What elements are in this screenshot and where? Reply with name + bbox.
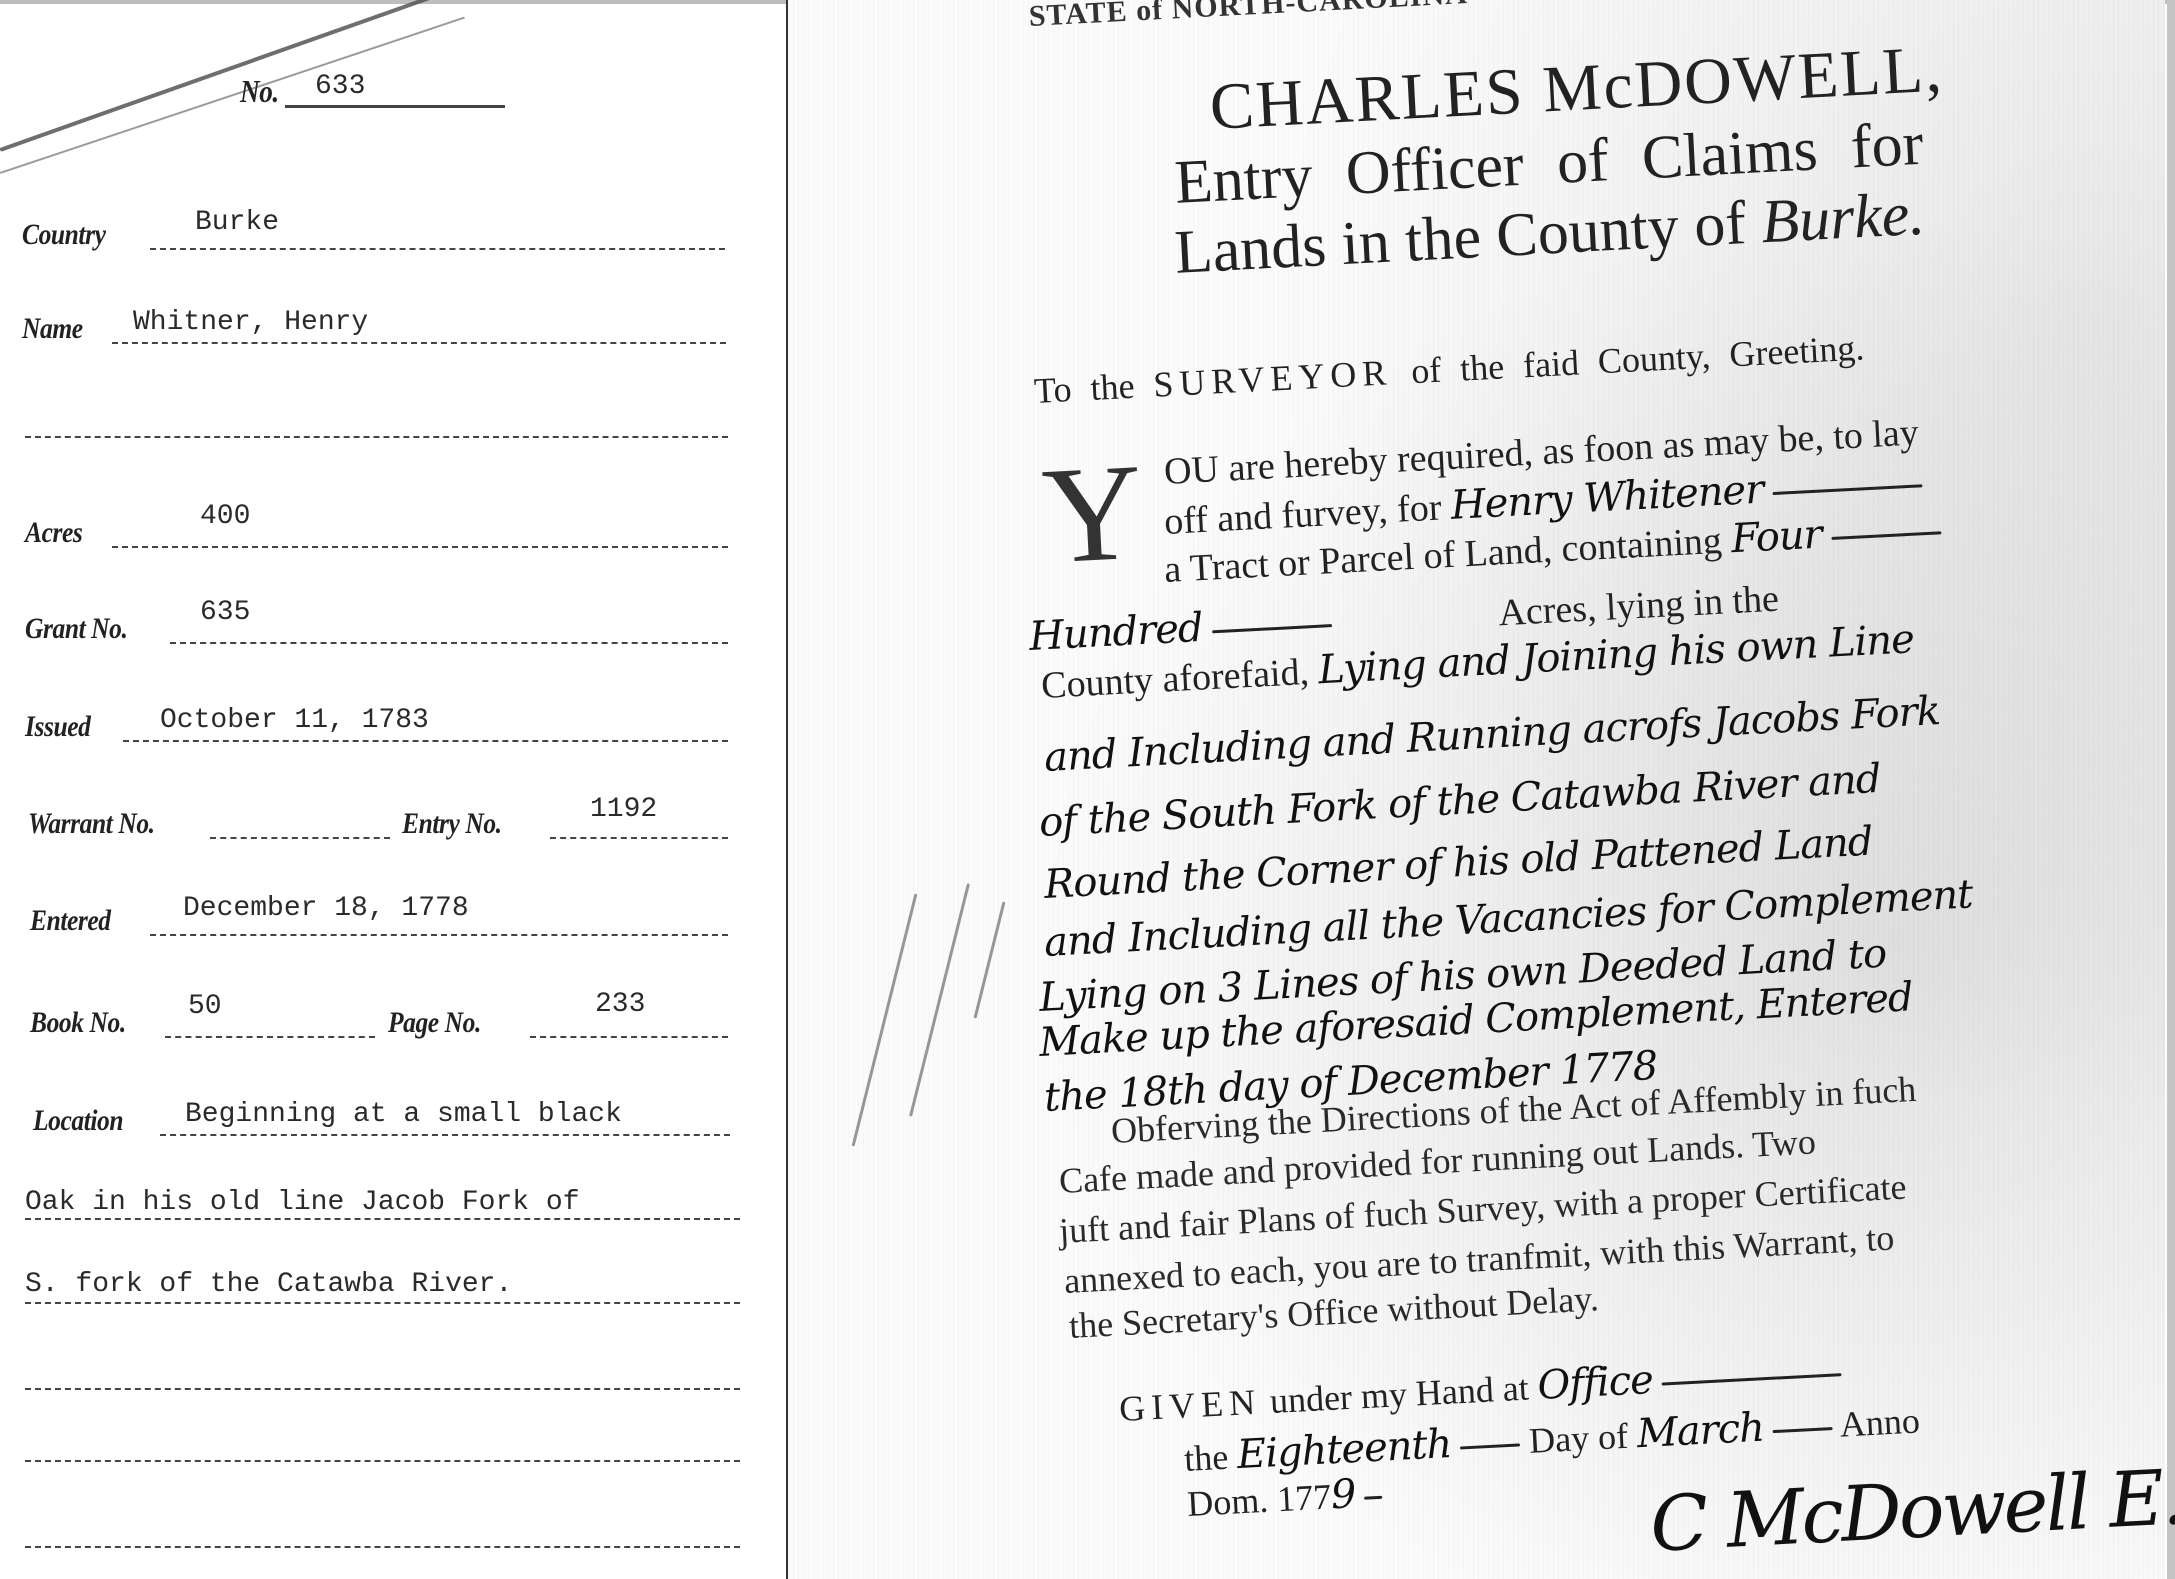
location-continuation: Oak in his old line Jacob Fork of	[25, 1187, 580, 1218]
field-line	[25, 1218, 740, 1220]
field-line	[112, 546, 728, 548]
hand-rule	[1460, 1444, 1520, 1450]
greeting-suffix: of the faid County, Greeting.	[1410, 327, 1865, 391]
field-label: Warrant No.	[28, 807, 155, 841]
location-line	[0, 1494, 760, 1554]
scan-right-edge	[2167, 0, 2175, 1579]
field-grant: Grant No. 635	[0, 590, 760, 650]
given-line-3: Dom. 1779	[1186, 1470, 1384, 1526]
greeting-line: To the SURVEYOR of the faid County, Gree…	[1033, 326, 1865, 411]
field-label: Page No.	[388, 1006, 481, 1040]
printed-text: Day of	[1528, 1416, 1629, 1461]
country-value: Burke	[195, 207, 279, 238]
hand-rule	[1773, 484, 1923, 495]
field-warrant-entry: Warrant No. Entry No. 1192	[0, 785, 760, 845]
field-line	[150, 934, 728, 936]
location-continuation: S. fork of the Catawba River.	[25, 1269, 512, 1300]
issued-value: October 11, 1783	[160, 705, 429, 736]
handwritten-day: Eighteenth	[1236, 1421, 1452, 1478]
field-line	[25, 436, 728, 438]
card-number-row: No. 633	[0, 54, 760, 114]
field-line	[150, 248, 725, 250]
field-line	[165, 1036, 375, 1038]
location-value: Beginning at a small black	[185, 1099, 622, 1130]
field-line	[550, 837, 728, 839]
field-line	[530, 1036, 728, 1038]
margin-annotation	[909, 883, 970, 1117]
greeting-surveyor: SURVEYOR	[1152, 352, 1393, 404]
field-line	[170, 642, 728, 644]
hand-rule	[1662, 1373, 1842, 1385]
location-line: S. fork of the Catawba River.	[0, 1250, 760, 1310]
state-header: STATE of NORTH-CAROLINA	[1028, 0, 1468, 34]
grant-value: 635	[200, 597, 250, 628]
field-label: Grant No.	[25, 612, 127, 646]
location-line: Oak in his old line Jacob Fork of	[0, 1166, 760, 1226]
page-value: 233	[595, 989, 645, 1020]
field-country: Country Burke	[0, 196, 760, 256]
handwritten-acres-cont: Hundred	[1028, 605, 1204, 660]
handwritten-month: March	[1636, 1405, 1765, 1458]
county-name: Burke.	[1759, 180, 1926, 256]
field-line	[160, 1134, 730, 1136]
index-card: No. 633 Country Burke Name Whitner, Henr…	[0, 0, 787, 1579]
field-label: Acres	[25, 516, 82, 550]
entered-value: December 18, 1778	[183, 893, 469, 924]
field-line	[25, 1460, 740, 1462]
location-line	[0, 1408, 760, 1468]
field-line	[25, 1546, 740, 1548]
entry-value: 1192	[590, 794, 657, 825]
acres-value: 400	[200, 501, 250, 532]
name-value: Whitner, Henry	[133, 307, 368, 338]
field-line	[123, 740, 728, 742]
field-acres: Acres 400	[0, 494, 760, 554]
given-caps: GIVEN	[1118, 1382, 1262, 1429]
hand-rule	[1773, 1427, 1833, 1433]
drop-cap: Y	[1039, 442, 1146, 585]
field-label: Book No.	[30, 1006, 126, 1040]
printed-text: County aforefaid,	[1040, 651, 1310, 707]
field-label: Country	[22, 218, 105, 252]
field-line	[25, 1388, 740, 1390]
field-line	[112, 342, 726, 344]
signature: C McDowell E.O.	[1648, 1448, 2175, 1569]
printed-text: the	[1183, 1437, 1229, 1479]
field-label: Location	[33, 1104, 123, 1138]
field-issued: Issued October 11, 1783	[0, 688, 760, 748]
field-name: Name Whitner, Henry	[0, 290, 760, 350]
field-label: Issued	[25, 710, 90, 744]
margin-annotation	[974, 901, 1006, 1018]
handwritten-place: Office	[1536, 1357, 1654, 1409]
margin-annotation	[852, 893, 918, 1146]
field-blank	[0, 384, 760, 444]
field-label: Name	[22, 312, 83, 346]
hand-rule	[1212, 624, 1332, 633]
field-line	[25, 1302, 740, 1304]
field-label: Entry No.	[402, 807, 502, 841]
field-book-page: Book No. 50 Page No. 233	[0, 984, 760, 1044]
warrant-document: STATE of NORTH-CAROLINA CHARLES McDOWELL…	[788, 0, 2165, 1579]
card-number-label: No.	[240, 73, 279, 110]
handwritten-year-digit: 9	[1330, 1471, 1357, 1518]
printed-text: Anno	[1839, 1400, 1921, 1444]
book-value: 50	[188, 991, 222, 1022]
greeting-prefix: To the	[1033, 366, 1135, 411]
hand-rule	[1365, 1496, 1383, 1500]
printed-text: under my Hand at	[1269, 1368, 1530, 1421]
field-label: Entered	[30, 904, 111, 938]
hand-rule	[1831, 531, 1941, 540]
field-entered: Entered December 18, 1778	[0, 882, 760, 942]
field-line	[285, 105, 505, 108]
handwritten-acres: Four	[1730, 512, 1823, 563]
field-line	[210, 837, 390, 839]
card-number-value: 633	[315, 71, 365, 102]
printed-text: Dom. 177	[1186, 1476, 1332, 1523]
location-line	[0, 1336, 760, 1396]
field-location: Location Beginning at a small black	[0, 1082, 760, 1142]
